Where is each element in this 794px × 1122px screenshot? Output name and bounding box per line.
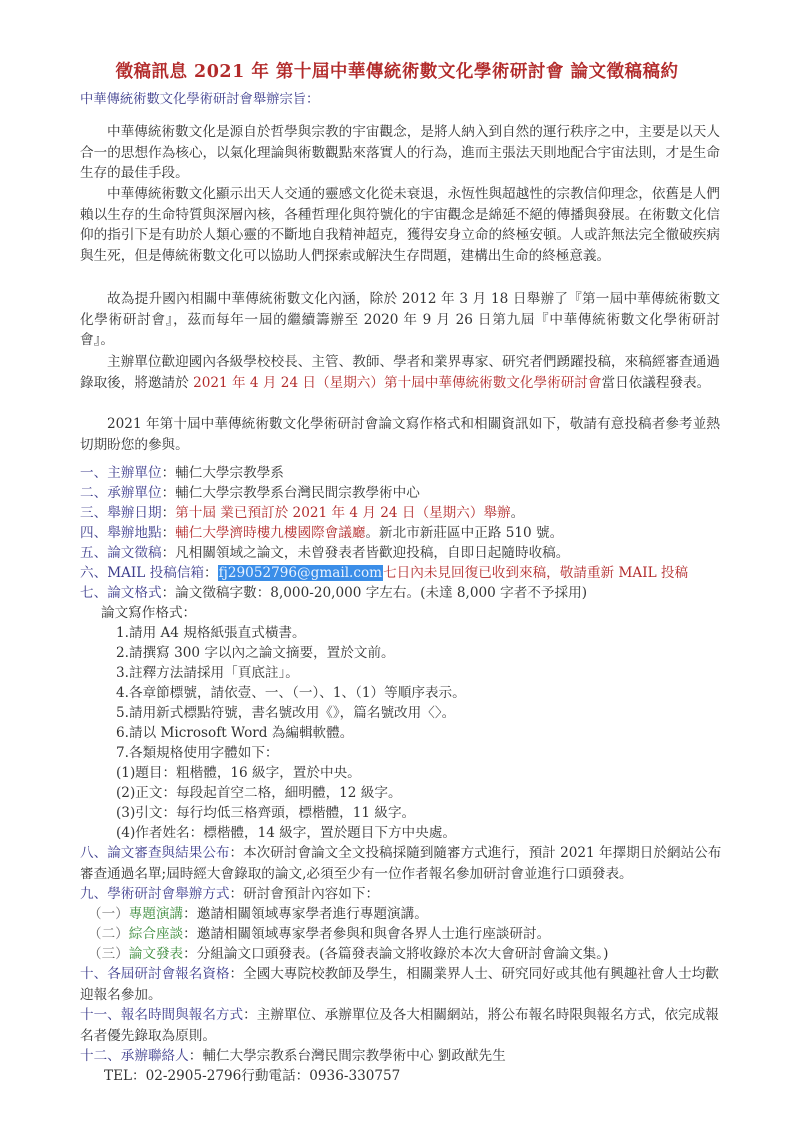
item-number: 二、	[80, 485, 107, 501]
item-label: 學術研討會舉辦方式	[107, 886, 229, 902]
session-panel: （二）綜合座談：邀請相關領域專家學者參與和與會各界人士進行座談研討。	[88, 924, 550, 944]
item-sep: ：	[230, 966, 244, 982]
session-papers: （三）論文發表：分組論文口頭發表。(各篇發表論文將收錄於本次大會研討會論文集。)	[88, 944, 608, 964]
item-label: 舉辦地點	[107, 525, 161, 541]
item-review: 八、論文審查與結果公布：本次研討會論文全文投稿採隨到隨審方式進行，預計 2021…	[80, 843, 722, 884]
item-organizer: 一、主辦單位：輔仁大學宗教學系	[80, 463, 284, 483]
item-number: 十二、	[80, 1048, 121, 1064]
p4-event-date: 2021 年 4 月 24 日（星期六）第十屆中華傳統術數文化學術研討會	[193, 375, 601, 391]
session-value: ：分組論文口頭發表。(各篇發表論文將收錄於本次大會研討會論文集。)	[183, 946, 608, 962]
item-sep: ：	[230, 886, 244, 902]
format-rule: 4.各章節標號，請依壹、一、（一）、1、（1）等順序表示。	[116, 683, 466, 703]
item-value-red: 七日內未見回復已收到來稿，敬請重新 MAIL 投稿	[383, 565, 688, 581]
item-venue: 四、舉辦地點：輔仁大學濟時樓九樓國際會議廳。新北市新莊區中正路 510 號。	[80, 523, 563, 543]
session-value: ：邀請相關領域專家學者進行專題演講。	[183, 906, 428, 922]
item-call-for-papers: 五、論文徵稿：凡相關領域之論文，未曾發表者皆歡迎投稿，自即日起隨時收稿。	[80, 543, 569, 563]
item-value: 輔仁大學宗教學系台灣民間宗教學術中心	[175, 485, 420, 501]
item-label: 論文格式	[107, 585, 161, 601]
item-number: 八、	[80, 845, 107, 861]
item-value: 論文徵稿字數：8,000-20,000 字左右。(未達 8,000 字者不予採用…	[175, 585, 587, 601]
item-label: 論文審查與結果公布	[107, 845, 229, 861]
format-rule: 7.各類規格使用字體如下：	[116, 743, 279, 763]
format-rule: 2.請撰寫 300 字以內之論文摘要，置於文前。	[116, 643, 395, 663]
document-page: 徵稿訊息 2021 年 第十屆中華傳統術數文化學術研討會 論文徵稿稿約 中華傳統…	[0, 0, 794, 1122]
item-co-organizer: 二、承辦單位：輔仁大學宗教學系台灣民間宗教學術中心	[80, 483, 420, 503]
item-label: 承辦聯絡人	[121, 1048, 189, 1064]
item-sep: ：	[162, 485, 176, 501]
item-label: 舉辦日期	[107, 505, 161, 521]
format-rule: 3.註釋方法請採用「頁底註」。	[116, 663, 299, 683]
item-sep: ：	[162, 465, 176, 481]
item-number: 三、	[80, 505, 107, 521]
email-link[interactable]: fj29052796@gmail.com	[218, 565, 383, 581]
item-sep: ：	[162, 525, 176, 541]
session-label: 綜合座談	[129, 926, 183, 942]
item-number: 五、	[80, 545, 107, 561]
format-rule: 6.請以 Microsoft Word 為編輯軟體。	[116, 723, 353, 743]
item-value-red: 輔仁大學濟時樓九樓國際會議廳	[175, 525, 365, 541]
item-label: MAIL 投稿信箱	[107, 565, 204, 581]
item-number: 九、	[80, 886, 107, 902]
paragraph-5: 2021 年第十屆中華傳統術數文化學術研討會論文寫作格式和相關資訊如下，敬請有意…	[80, 414, 720, 455]
session-number: （一）	[88, 906, 129, 922]
item-label: 報名時間與報名方式	[121, 1007, 243, 1023]
session-label: 論文發表	[129, 946, 183, 962]
font-rule: (4)作者姓名：標楷體，14 級字，置於題目下方中央處。	[116, 823, 456, 843]
item-value-post: 。	[511, 505, 525, 521]
item-label: 各屆研討會報名資格	[107, 966, 229, 982]
page-title: 徵稿訊息 2021 年 第十屆中華傳統術數文化學術研討會 論文徵稿稿約	[0, 58, 794, 83]
item-number: 十一、	[80, 1007, 121, 1023]
item-label: 論文徵稿	[107, 545, 161, 561]
item-label: 承辦單位	[107, 485, 161, 501]
item-sep: ：	[230, 845, 244, 861]
item-number: 四、	[80, 525, 107, 541]
item-registration: 十一、報名時間與報名方式：主辦單位、承辦單位及各大相關網站，將公布報名時限與報名…	[80, 1005, 722, 1046]
item-sep: ：	[162, 585, 176, 601]
item-label: 主辦單位	[107, 465, 161, 481]
item-number: 七、	[80, 585, 107, 601]
session-value: ：邀請相關領域專家學者參與和與會各界人士進行座談研討。	[183, 926, 550, 942]
item-sep: ：	[162, 505, 176, 521]
format-rule: 5.請用新式標點符號，書名號改用《》，篇名號改用〈〉。	[116, 703, 455, 723]
session-keynote: （一）專題演講：邀請相關領域專家學者進行專題演講。	[88, 904, 428, 924]
session-number: （三）	[88, 946, 129, 962]
item-number: 十、	[80, 966, 107, 982]
format-rule: 1.請用 A4 規格紙張直式橫書。	[116, 623, 306, 643]
item-date: 三、舉辦日期：第十屆 業已預訂於 2021 年 4 月 24 日（星期六）舉辦。	[80, 503, 524, 523]
item-format: 七、論文格式：論文徵稿字數：8,000-20,000 字左右。(未達 8,000…	[80, 583, 587, 603]
item-conference-format: 九、學術研討會舉辦方式：研討會預計內容如下：	[80, 884, 379, 904]
p4-post: 當日依議程發表。	[601, 375, 710, 391]
session-number: （二）	[88, 926, 129, 942]
session-label: 專題演講	[129, 906, 183, 922]
item-value-red: 第十屆 業已預訂於 2021 年 4 月 24 日（星期六）舉辦	[175, 505, 510, 521]
paragraph-2: 中華傳統術數文化顯示出天人交通的靈感文化從未衰退，永恆性與超越性的宗教信仰理念，…	[80, 184, 720, 266]
item-value: 輔仁大學宗教學系	[175, 465, 284, 481]
paragraph-1: 中華傳統術數文化是源自於哲學與宗教的宇宙觀念，是將人納入到自然的運行秩序之中，主…	[80, 122, 720, 184]
item-value-post: 。新北市新莊區中正路 510 號。	[365, 525, 563, 541]
contact-phone: TEL：02-2905-2796行動電話：0936-330757	[104, 1066, 400, 1086]
paragraph-4: 主辦單位歡迎國內各級學校校長、主管、教師、學者和業界專家、研究者們踴躍投稿，來稿…	[80, 352, 720, 393]
item-sep: ：	[204, 565, 218, 581]
font-rule: (1)題目：粗楷體，16 級字，置於中央。	[116, 763, 361, 783]
item-number: 一、	[80, 465, 107, 481]
item-sep: ：	[189, 1048, 203, 1064]
item-contact: 十二、承辦聯絡人：輔仁大學宗教系台灣民間宗教學術中心 劉政猷先生	[80, 1046, 506, 1066]
item-value: 輔仁大學宗教系台灣民間宗教學術中心 劉政猷先生	[202, 1048, 505, 1064]
item-value: 研討會預計內容如下：	[243, 886, 379, 902]
item-sep: ：	[162, 545, 176, 561]
format-heading: 論文寫作格式：	[101, 603, 196, 623]
item-eligibility: 十、各屆研討會報名資格：全國大專院校教師及學生，相關業界人士、研究同好或其他有興…	[80, 964, 722, 1005]
item-value: 凡相關領域之論文，未曾發表者皆歡迎投稿，自即日起隨時收稿。	[175, 545, 569, 561]
font-rule: (2)正文：每段起首空二格，細明體，12 級字。	[116, 783, 402, 803]
item-sep: ：	[243, 1007, 257, 1023]
item-number: 六、	[80, 565, 107, 581]
purpose-heading: 中華傳統術數文化學術研討會舉辦宗旨：	[80, 90, 319, 110]
paragraph-3: 故為提升國內相關中華傳統術數文化內涵，除於 2012 年 3 月 18 日舉辦了…	[80, 289, 720, 351]
item-mail: 六、MAIL 投稿信箱：fj29052796@gmail.com七日內未見回復已…	[80, 563, 688, 583]
font-rule: (3)引文：每行均低三格齊頭，標楷體，11 級字。	[116, 803, 415, 823]
